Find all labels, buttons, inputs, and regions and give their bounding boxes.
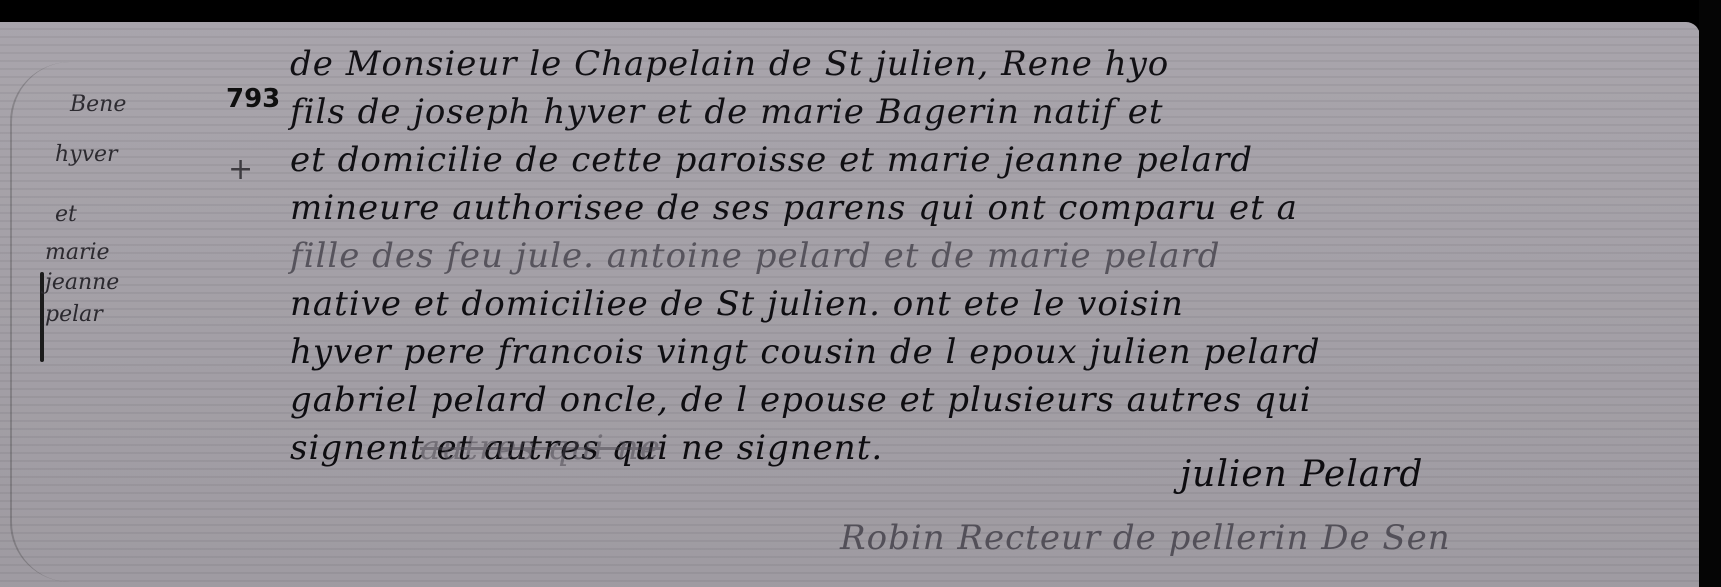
margin-note-line: jeanne	[45, 270, 119, 295]
text-line-8: gabriel pelard oncle, de l epouse et plu…	[290, 380, 1312, 420]
signature-rector: Robin Recteur de pellerin De Sen	[840, 518, 1451, 558]
text-line-7: hyver pere francois vingt cousin de l ep…	[290, 332, 1321, 372]
margin-note-line: hyver	[55, 142, 118, 167]
text-line-2: fils de joseph hyver et de marie Bagerin…	[290, 92, 1164, 132]
entry-number: 793	[226, 84, 280, 114]
signature-groom: julien Pelard	[1180, 454, 1423, 495]
scan-right-border	[1699, 0, 1721, 587]
text-line-3: et domicilie de cette paroisse et marie …	[290, 140, 1253, 180]
text-line-6: native et domiciliee de St julien. ont e…	[290, 284, 1184, 324]
margin-note-line: Bene	[70, 92, 126, 117]
scan-top-border	[0, 0, 1721, 24]
margin-note-line: et	[55, 202, 77, 227]
register-page: Bene hyver et marie jeanne pelar 793 + d…	[0, 22, 1700, 587]
text-line-4: mineure authorisee de ses parens qui ont…	[290, 188, 1298, 228]
text-line-5: fille des feu jule. antoine pelard et de…	[290, 236, 1221, 276]
margin-note-line: pelar	[45, 302, 103, 327]
cross-mark: +	[228, 152, 253, 187]
text-line-1: de Monsieur le Chapelain de St julien, R…	[290, 44, 1169, 84]
struck-text: autres qui ne	[420, 428, 661, 468]
margin-note-line: marie	[45, 240, 110, 265]
margin-bracket	[40, 272, 44, 362]
